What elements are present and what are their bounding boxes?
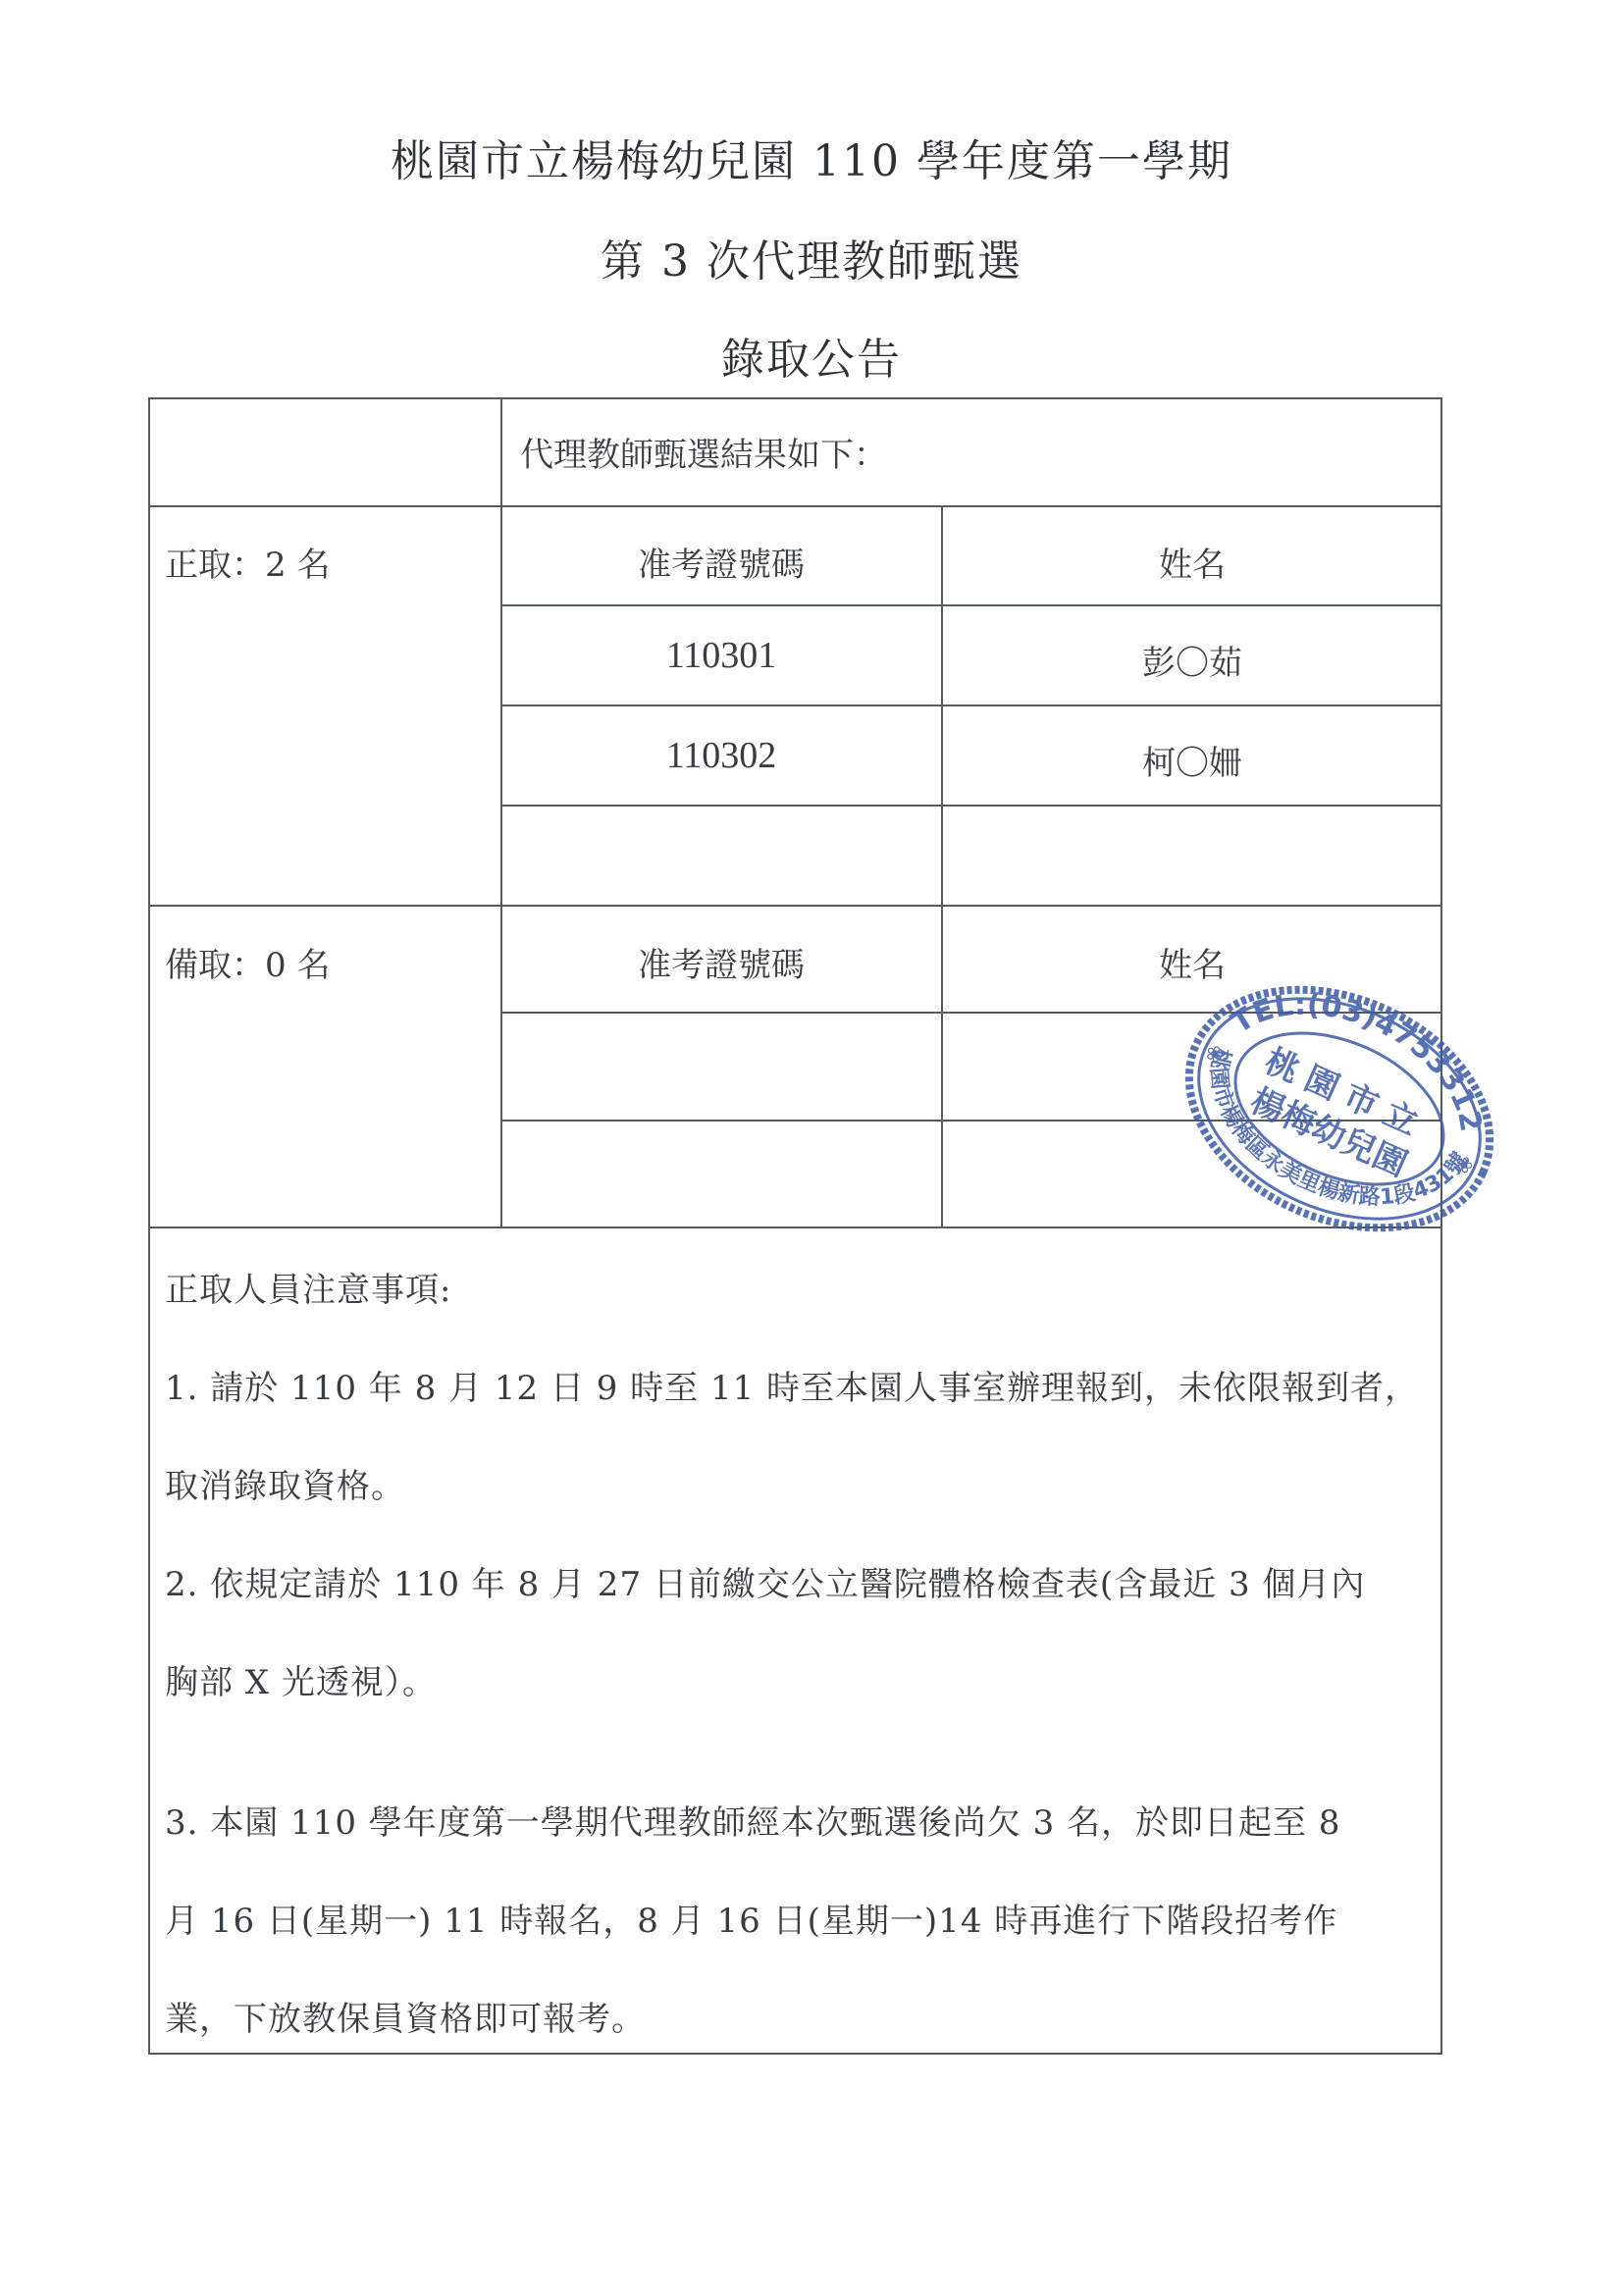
column-divider-1 [500, 397, 502, 1228]
note-line: 3. 本園 110 學年度第一學期代理教師經本次甄選後尚欠 3 名，於即日起至 … [165, 1796, 1340, 1844]
exam-id-cell: 110301 [500, 634, 942, 677]
row-divider [148, 505, 1442, 507]
note-line: 胸部 X 光透視）。 [165, 1655, 437, 1703]
table-border-top [148, 397, 1442, 399]
row-divider [500, 805, 1442, 807]
note-line: 取消錄取資格。 [165, 1459, 405, 1507]
official-seal-stamp: TEL:(03)4753312 桃園市楊梅區永美里楊新路1段431號 桃園市立 … [1173, 981, 1506, 1236]
admitted-header-exam-id: 准考證號碼 [500, 538, 942, 586]
results-intro: 代理教師甄選結果如下： [520, 428, 887, 476]
admitted-count-label: 正取：2 名 [165, 538, 330, 586]
table-border-bottom [148, 2053, 1442, 2055]
note-line: 2. 依規定請於 110 年 8 月 27 日前繳交公立醫院體格檢查表(含最近 … [165, 1557, 1365, 1605]
row-divider [500, 604, 1442, 606]
notes-heading: 正取人員注意事項: [165, 1263, 451, 1311]
waitlist-header-name: 姓名 [942, 938, 1442, 986]
exam-id-cell: 110302 [500, 734, 942, 777]
name-cell: 柯〇姍 [942, 736, 1442, 784]
row-divider [500, 704, 1442, 706]
note-line: 月 16 日(星期一) 11 時報名，8 月 16 日(星期一)14 時再進行下… [165, 1894, 1337, 1942]
note-line: 1. 請於 110 年 8 月 12 日 9 時至 11 時至本園人事室辦理報到… [165, 1361, 1419, 1409]
title-selection-round: 第 3 次代理教師甄選 [0, 226, 1623, 288]
row-divider [148, 905, 1442, 907]
title-announcement: 錄取公告 [0, 324, 1623, 387]
admitted-header-name: 姓名 [942, 538, 1442, 586]
waitlist-header-exam-id: 准考證號碼 [500, 938, 942, 986]
note-line: 業，下放教保員資格即可報考。 [165, 1992, 646, 2040]
name-cell: 彭〇茹 [942, 636, 1442, 684]
waitlist-count-label: 備取：0 名 [165, 938, 330, 986]
title-school-term: 桃園市立楊梅幼兒園 110 學年度第一學期 [0, 126, 1623, 188]
